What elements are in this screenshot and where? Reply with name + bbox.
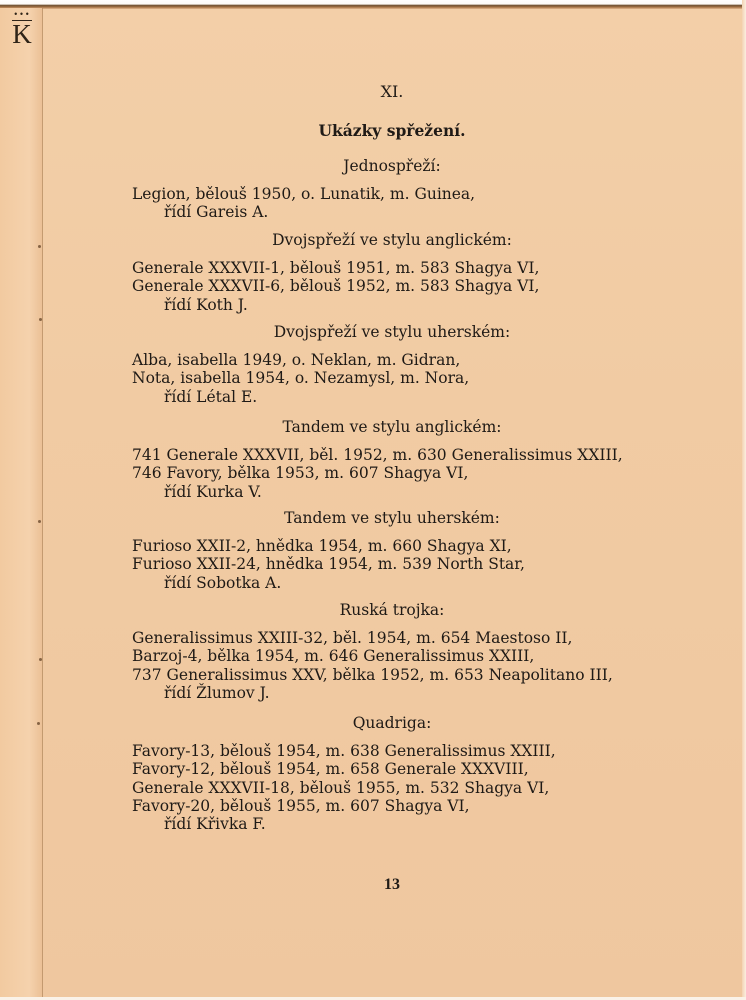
section-dvojsprezi-uhersky: Dvojspřeží ve stylu uherském: Alba, isab… bbox=[132, 323, 692, 406]
entry-line: Generale XXXVII-6, bělouš 1952, m. 583 S… bbox=[132, 277, 692, 295]
entry-line: Furioso XXII-2, hnědka 1954, m. 660 Shag… bbox=[132, 537, 692, 555]
crown-dots-icon: ••• bbox=[11, 12, 33, 18]
driver-line: řídí Kurka V. bbox=[132, 483, 692, 501]
binding-fold-line bbox=[42, 8, 43, 1000]
page-number: 13 bbox=[372, 876, 412, 894]
page-right-edge bbox=[742, 0, 746, 1000]
paper-fleck bbox=[38, 245, 41, 248]
entry-line: 746 Favory, bělka 1953, m. 607 Shagya VI… bbox=[132, 464, 692, 482]
chapter-number: XI. bbox=[132, 82, 652, 101]
entry-line: Alba, isabella 1949, o. Neklan, m. Gidra… bbox=[132, 351, 692, 369]
entry-line: 737 Generalissimus XXV, bělka 1952, m. 6… bbox=[132, 666, 692, 684]
page-top-edge bbox=[0, 0, 746, 9]
driver-line: řídí Žlumov J. bbox=[132, 684, 692, 702]
section-heading: Quadriga: bbox=[132, 714, 652, 733]
paper-fleck bbox=[39, 658, 42, 661]
entry-line: Furioso XXII-24, hnědka 1954, m. 539 Nor… bbox=[132, 555, 692, 573]
paper-fleck bbox=[38, 520, 41, 523]
section-heading: Tandem ve stylu uherském: bbox=[132, 509, 652, 528]
entry-line: 741 Generale XXXVII, běl. 1952, m. 630 G… bbox=[132, 446, 692, 464]
paper-fleck bbox=[39, 318, 42, 321]
entry-line: Nota, isabella 1954, o. Nezamysl, m. Nor… bbox=[132, 369, 692, 387]
section-tandem-uhersky: Tandem ve stylu uherském: Furioso XXII-2… bbox=[132, 509, 692, 592]
section-dvojsprezi-anglicky: Dvojspřeží ve stylu anglickém: Generale … bbox=[132, 231, 692, 314]
driver-line: řídí Sobotka A. bbox=[132, 574, 692, 592]
driver-line: řídí Létal E. bbox=[132, 388, 692, 406]
publisher-logo: ••• K bbox=[11, 12, 33, 46]
entry-line: Generale XXXVII-18, bělouš 1955, m. 532 … bbox=[132, 779, 692, 797]
driver-line: řídí Křivka F. bbox=[132, 815, 692, 833]
paper-fleck bbox=[37, 722, 40, 725]
entry-line: Favory-13, bělouš 1954, m. 638 Generalis… bbox=[132, 742, 692, 760]
entry-line: Favory-12, bělouš 1954, m. 658 Generale … bbox=[132, 760, 692, 778]
section-heading: Tandem ve stylu anglickém: bbox=[132, 418, 652, 437]
section-heading: Jednospřeží: bbox=[132, 157, 652, 176]
driver-line: řídí Gareis A. bbox=[132, 203, 692, 221]
section-heading: Dvojspřeží ve stylu anglickém: bbox=[132, 231, 652, 250]
chapter-title: Ukázky spřežení. bbox=[132, 121, 652, 140]
section-heading: Ruská trojka: bbox=[132, 601, 652, 620]
entry-line: Generale XXXVII-1, bělouš 1951, m. 583 S… bbox=[132, 259, 692, 277]
binding-margin-strip bbox=[0, 8, 42, 1000]
section-jednosprezi: Jednospřeží: Legion, bělouš 1950, o. Lun… bbox=[132, 157, 692, 222]
entry-line: Generalissimus XXIII-32, běl. 1954, m. 6… bbox=[132, 629, 692, 647]
section-heading: Dvojspřeží ve stylu uherském: bbox=[132, 323, 652, 342]
entry-line: Legion, bělouš 1950, o. Lunatik, m. Guin… bbox=[132, 185, 692, 203]
section-tandem-anglicky: Tandem ve stylu anglickém: 741 Generale … bbox=[132, 418, 692, 501]
section-quadriga: Quadriga: Favory-13, bělouš 1954, m. 638… bbox=[132, 714, 692, 833]
entry-line: Barzoj-4, bělka 1954, m. 646 Generalissi… bbox=[132, 647, 692, 665]
entry-line: Favory-20, bělouš 1955, m. 607 Shagya VI… bbox=[132, 797, 692, 815]
driver-line: řídí Koth J. bbox=[132, 296, 692, 314]
book-page: ••• K XI. Ukázky spřežení. Jednospřeží: … bbox=[0, 0, 746, 1000]
section-ruska-trojka: Ruská trojka: Generalissimus XXIII-32, b… bbox=[132, 601, 692, 702]
logo-letter: K bbox=[11, 22, 33, 46]
